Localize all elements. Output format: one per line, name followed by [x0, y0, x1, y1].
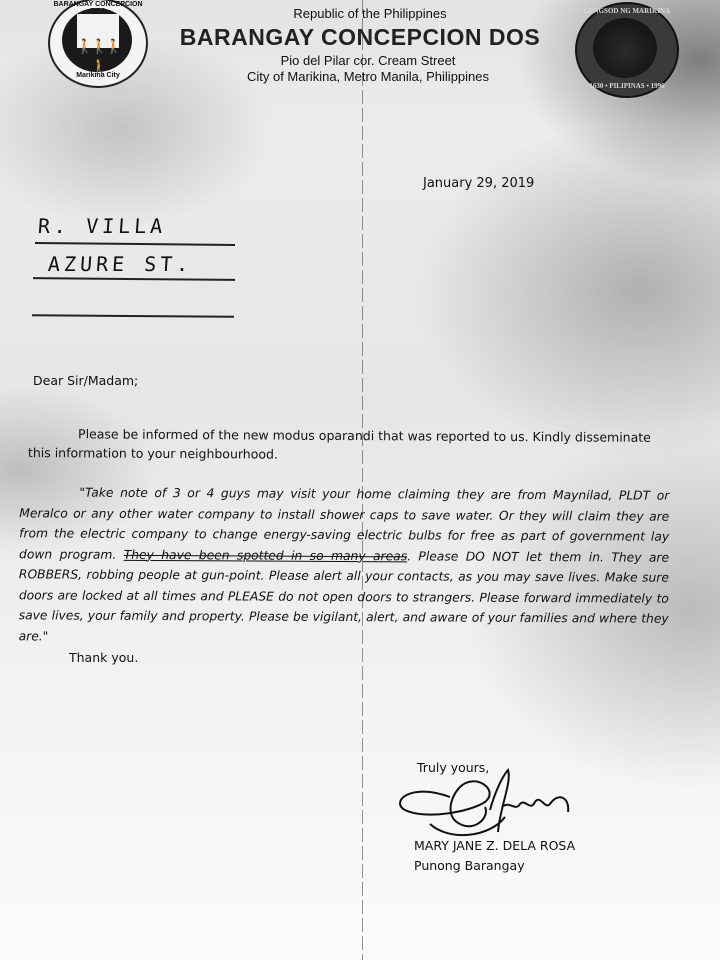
- body-paragraph-2: "Take note of 3 or 4 guys may visit your…: [19, 482, 670, 649]
- signer-name: MARY JANE Z. DELA ROSA: [414, 838, 575, 853]
- paper-background: [0, 0, 720, 960]
- header-republic: Republic of the Philippines: [10, 6, 720, 21]
- salutation: Dear Sir/Madam;: [33, 371, 138, 390]
- recipient-line1: R. VILLA: [37, 214, 167, 238]
- header-title: BARANGAY CONCEPCION DOS: [0, 24, 720, 51]
- body-paragraph-1: Please be informed of the new modus opar…: [28, 424, 668, 466]
- paper-fold-line: [362, 0, 363, 960]
- letter-date: January 29, 2019: [423, 176, 534, 191]
- thank-you: Thank you.: [69, 648, 138, 667]
- header-address-line2: City of Marikina, Metro Manila, Philippi…: [8, 69, 720, 84]
- header-address-line1: Pio del Pilar cor. Cream Street: [8, 53, 720, 68]
- signer-title: Punong Barangay: [414, 858, 525, 873]
- recipient-line2: AZURE ST.: [47, 252, 193, 276]
- underlined-struck-phrase: They have been spotted in so many areas: [124, 547, 407, 562]
